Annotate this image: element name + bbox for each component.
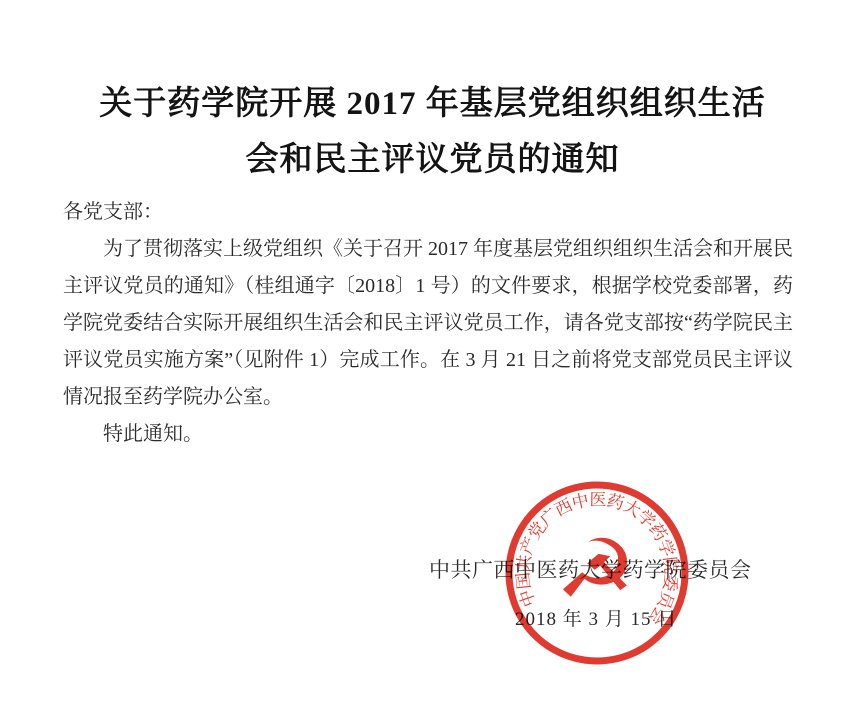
notice-body: 各党支部： 为了贯彻落实上级党组织《关于召开 2017 年度基层党组织组织生活会…	[63, 194, 793, 453]
body-paragraph: 为了贯彻落实上级党组织《关于召开 2017 年度基层党组织组织生活会和开展民主评…	[63, 231, 793, 416]
notice-title-line2: 会和民主评议党员的通知	[0, 132, 865, 188]
issue-date: 2018 年 3 月 15 日	[515, 604, 677, 631]
salutation: 各党支部：	[63, 194, 793, 231]
notice-document: 关于药学院开展 2017 年基层党组织组织生活 会和民主评议党员的通知 各党支部…	[0, 0, 865, 715]
notice-title: 关于药学院开展 2017 年基层党组织组织生活 会和民主评议党员的通知	[0, 76, 865, 188]
issuer-signature: 中共广西中医药大学药学院委员会	[429, 554, 752, 584]
notice-title-line1: 关于药学院开展 2017 年基层党组织组织生活	[0, 76, 865, 132]
closing-line: 特此通知。	[63, 416, 793, 453]
